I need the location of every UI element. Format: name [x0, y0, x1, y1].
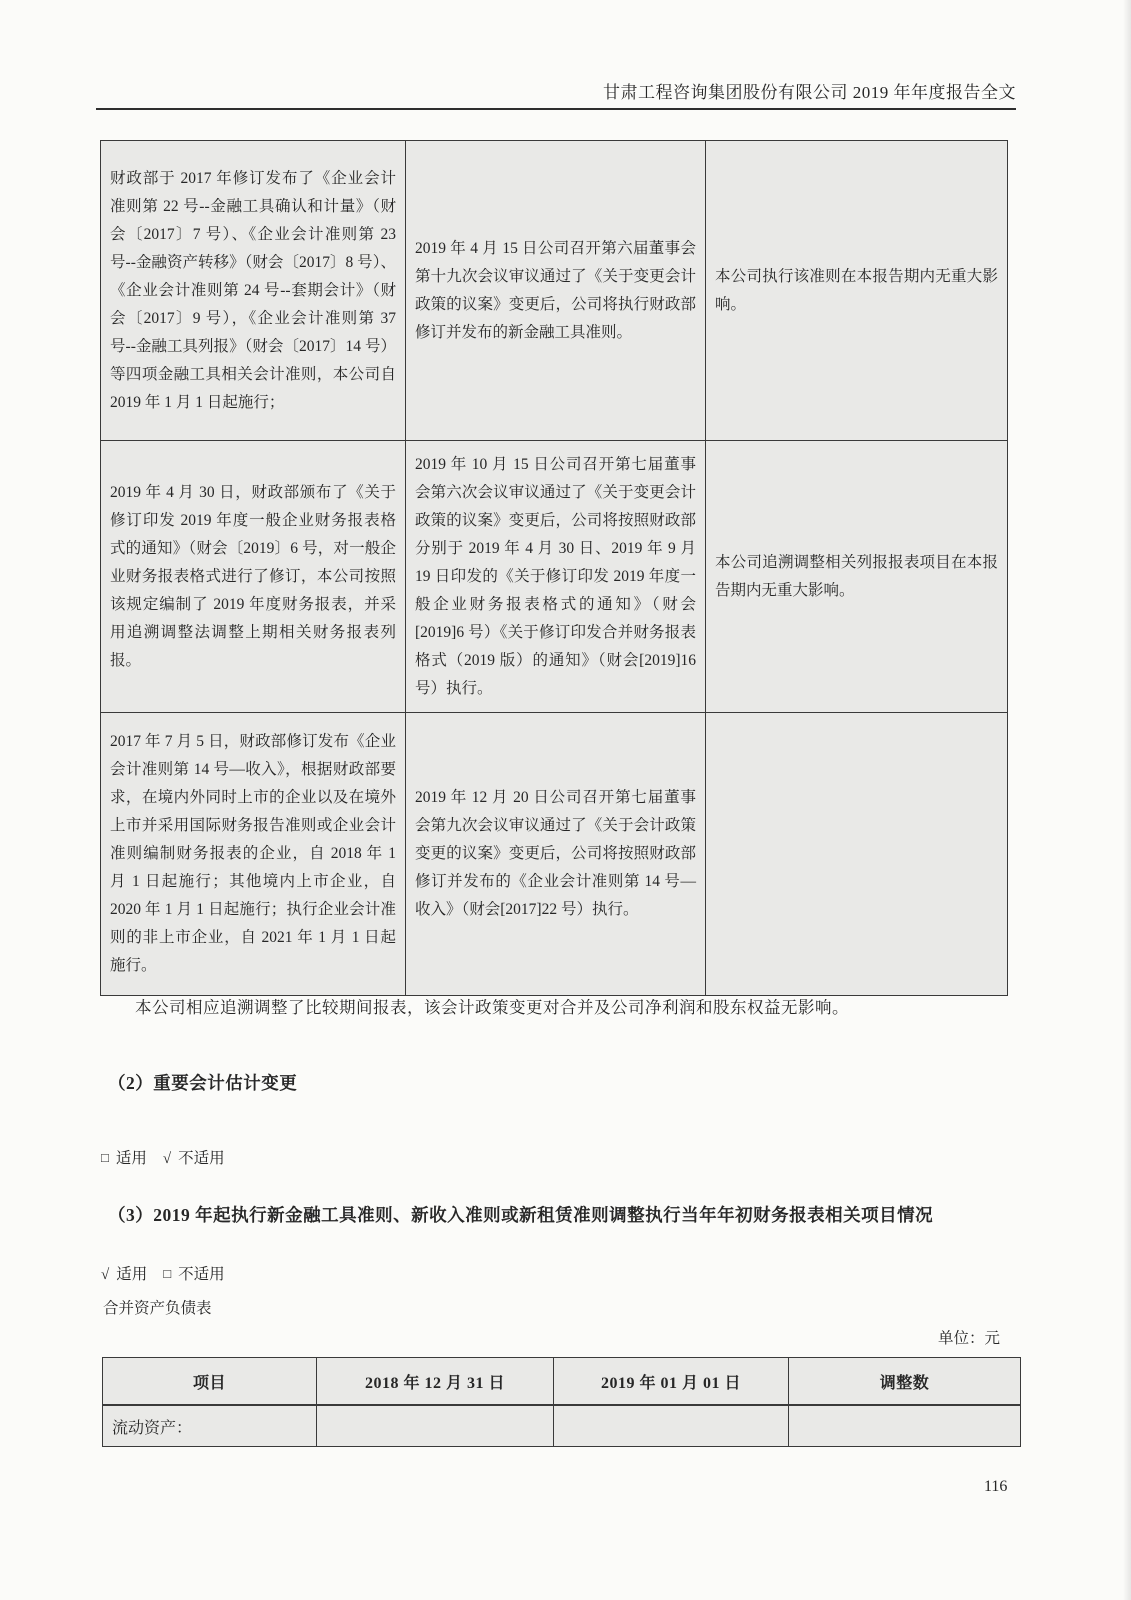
impact-cell: 本公司执行该准则在本报告期内无重大影响。	[706, 141, 1008, 441]
accounting-policy-table: 财政部于 2017 年修订发布了《企业会计准则第 22 号--金融工具确认和计量…	[100, 140, 1008, 996]
not-applicable-label: 不适用	[178, 1150, 225, 1167]
table-row: 2019 年 4 月 30 日，财政部颁布了《关于修订印发 2019 年度一般企…	[101, 441, 1008, 713]
page-header: 甘肃工程咨询集团股份有限公司 2019 年年度报告全文	[0, 78, 1016, 103]
policy-change-cell: 2017 年 7 月 5 日，财政部修订发布《企业会计准则第 14 号—收入》，…	[101, 713, 406, 996]
table-row: 流动资产：	[103, 1405, 1021, 1447]
impact-cell: 本公司追溯调整相关列报报表项目在本报告期内无重大影响。	[706, 441, 1008, 713]
approval-procedure-cell: 2019 年 12 月 20 日公司召开第七届董事会第九次会议审议通过了《关于会…	[406, 713, 706, 996]
report-page: 甘肃工程咨询集团股份有限公司 2019 年年度报告全文 财政部于 2017 年修…	[0, 0, 1131, 1600]
column-header-2018-12-31: 2018 年 12 月 31 日	[317, 1358, 554, 1406]
header-rule	[96, 108, 1016, 110]
column-header-2019-01-01: 2019 年 01 月 01 日	[554, 1358, 789, 1406]
section-heading-new-standards: （3）2019 年起执行新金融工具准则、新收入准则或新租赁准则调整执行当年年初财…	[108, 1202, 1018, 1227]
applicability-line-new-standards: √适用□不适用	[101, 1262, 225, 1284]
check-mark-icon: √	[163, 1151, 171, 1168]
unchecked-checkbox-icon: □	[101, 1150, 109, 1166]
applicable-label: 适用	[116, 1266, 147, 1283]
section-heading-estimate-change: （2）重要会计估计变更	[108, 1070, 297, 1095]
policy-change-cell: 财政部于 2017 年修订发布了《企业会计准则第 22 号--金融工具确认和计量…	[101, 141, 406, 441]
table-row: 财政部于 2017 年修订发布了《企业会计准则第 22 号--金融工具确认和计量…	[101, 141, 1008, 441]
impact-cell	[706, 713, 1008, 996]
check-mark-icon: √	[101, 1267, 109, 1284]
balance-sheet-subtitle: 合并资产负债表	[103, 1296, 212, 1318]
approval-procedure-cell: 2019 年 10 月 15 日公司召开第七届董事会第六次会议审议通过了《关于变…	[406, 441, 706, 713]
balance-sheet-table: 项目 2018 年 12 月 31 日 2019 年 01 月 01 日 调整数…	[102, 1357, 1021, 1447]
column-header-item: 项目	[103, 1358, 317, 1406]
adjustment-cell	[789, 1405, 1021, 1447]
applicable-label: 适用	[116, 1150, 147, 1167]
scan-edge-shadow	[1123, 0, 1131, 1600]
table-row: 2017 年 7 月 5 日，财政部修订发布《企业会计准则第 14 号—收入》，…	[101, 713, 1008, 996]
approval-procedure-cell: 2019 年 4 月 15 日公司召开第六届董事会第十九次会议审议通过了《关于变…	[406, 141, 706, 441]
item-cell: 流动资产：	[103, 1405, 317, 1447]
page-number: 116	[984, 1478, 1007, 1496]
unit-label: 单位：元	[0, 1326, 1000, 1348]
note-text: 本公司相应追溯调整了比较期间报表，该会计政策变更对合并及公司净利润和股东权益无影…	[135, 994, 849, 1018]
applicability-line-estimate: □适用√不适用	[101, 1146, 225, 1168]
value-cell-2019	[554, 1405, 789, 1447]
table-header-row: 项目 2018 年 12 月 31 日 2019 年 01 月 01 日 调整数	[103, 1358, 1021, 1406]
value-cell-2018	[317, 1405, 554, 1447]
column-header-adjustment: 调整数	[789, 1358, 1021, 1406]
not-applicable-label: 不适用	[178, 1266, 225, 1283]
policy-change-cell: 2019 年 4 月 30 日，财政部颁布了《关于修订印发 2019 年度一般企…	[101, 441, 406, 713]
unchecked-checkbox-icon: □	[163, 1266, 171, 1282]
header-title: 甘肃工程咨询集团股份有限公司 2019 年年度报告全文	[603, 83, 1016, 102]
